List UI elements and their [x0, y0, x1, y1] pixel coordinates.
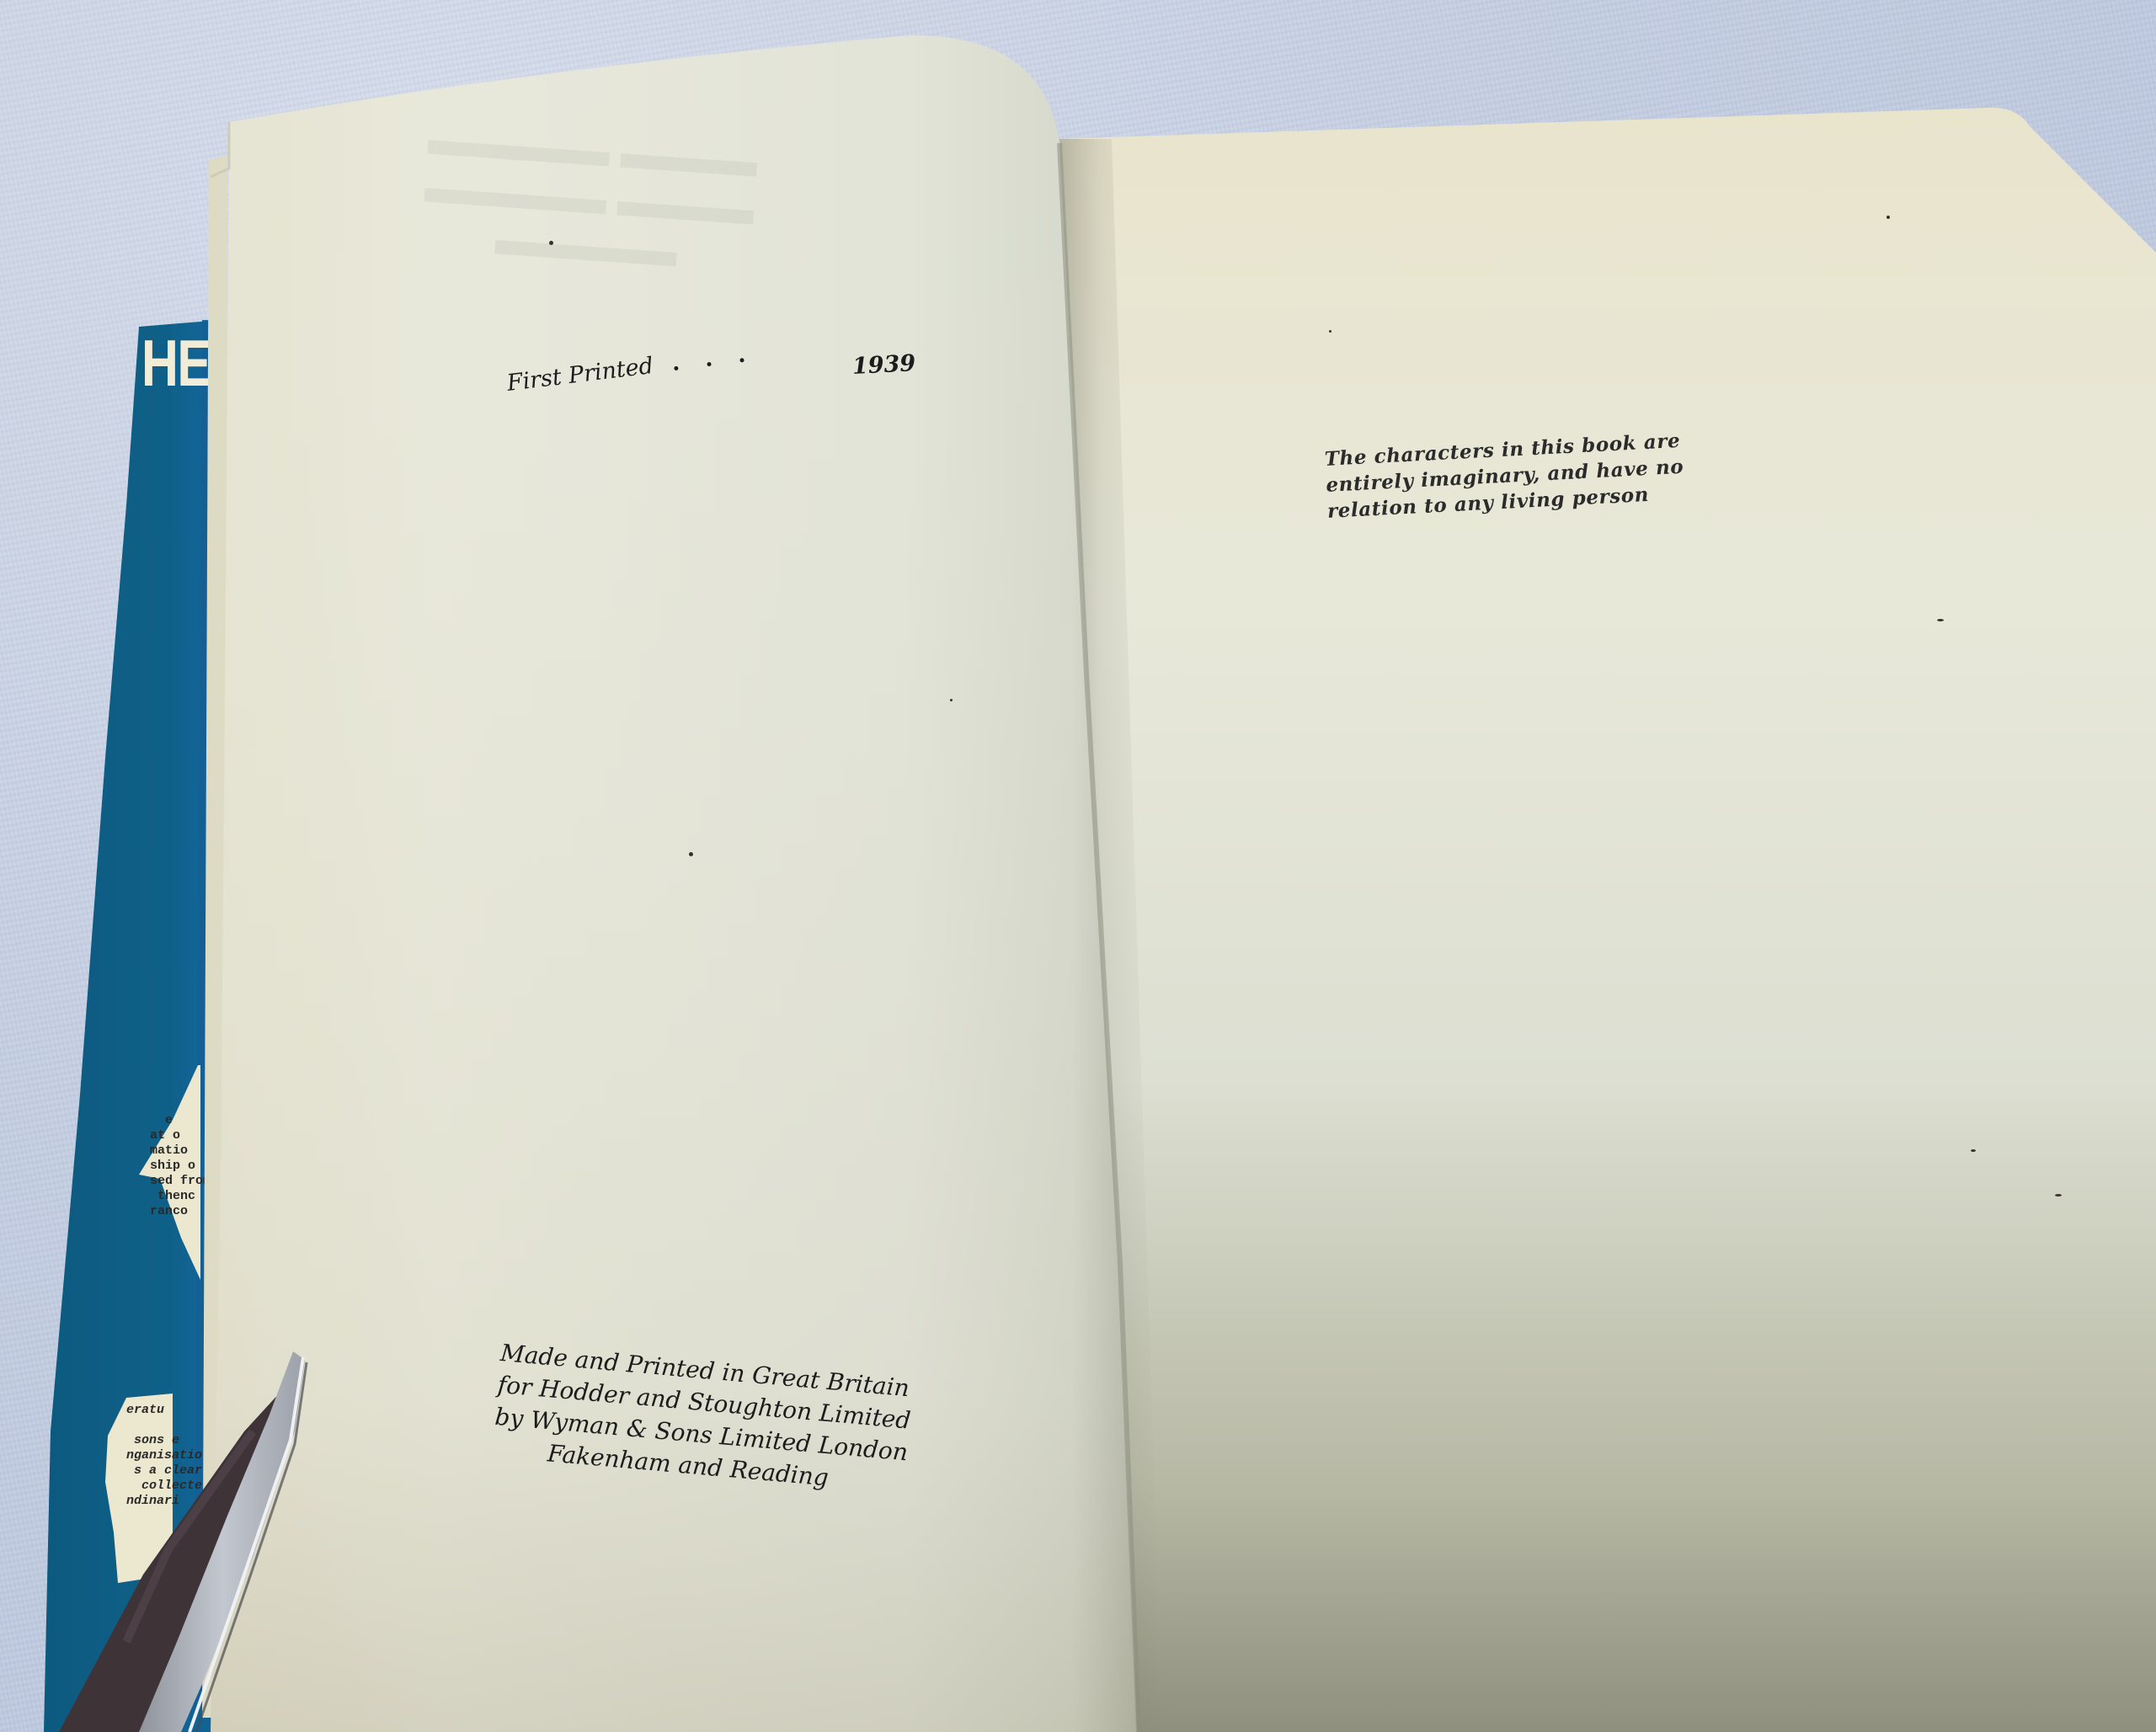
fiction-disclaimer: The characters in this book are entirely… [1324, 428, 1686, 525]
paper-speck [2055, 1194, 2062, 1196]
paper-speck [950, 699, 953, 701]
first-printed-year: 1939 [851, 350, 916, 380]
jacket-title-fragment: HE [141, 330, 210, 396]
jacket-text-snippet-upper: e at o matio ship o sed from thenc ranco [150, 1113, 211, 1219]
book-pages [0, 0, 2156, 1732]
printer-imprint: Made and Printed in Great Britain for Ho… [491, 1337, 915, 1500]
dust-jacket [0, 0, 2156, 1732]
paper-speck [1937, 619, 1944, 621]
first-printed-line: First Printed... [505, 338, 771, 397]
cloth-backdrop [0, 0, 2156, 1732]
paper-speck [549, 241, 553, 245]
jacket-text-snippet-lower: eratu sons e nganisatio s a clear collec… [126, 1403, 202, 1509]
first-printed-label: First Printed [505, 353, 654, 397]
paper-speck [1971, 1149, 1976, 1152]
paper-speck [1886, 216, 1890, 219]
leader-dots: ... [670, 338, 772, 376]
paper-speck [689, 852, 693, 856]
book-photo: HE e at o matio ship o sed from thenc ra… [0, 0, 2156, 1732]
paper-speck [1329, 330, 1331, 333]
show-through-ghost: ▬▬▬ ▬▬▬▬▬▬▬ ▬▬▬▬ ▬▬▬▬ [366, 111, 814, 285]
scissors-icon [0, 0, 2156, 1732]
